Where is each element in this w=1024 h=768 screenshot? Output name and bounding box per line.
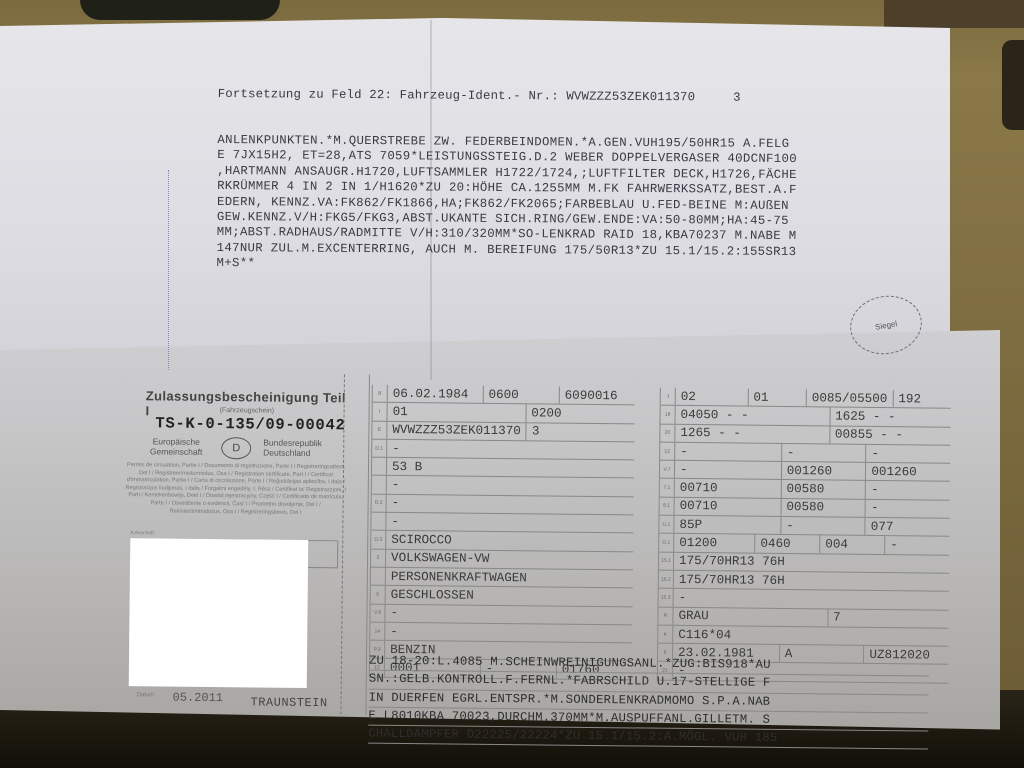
field-value: 0460 xyxy=(754,535,819,553)
field-value: - xyxy=(385,623,632,643)
issuing-city: TRAUNSTEIN xyxy=(250,695,327,710)
field-code: V.7 xyxy=(660,461,675,478)
field-code: D.2 xyxy=(372,494,387,511)
field-value: 0200 xyxy=(525,405,634,423)
field-code: 12 xyxy=(660,443,675,460)
field-value: - xyxy=(884,536,949,554)
field-code: D.3 xyxy=(371,531,386,548)
certificate-subtitle: (Fahrzeugschein) xyxy=(220,407,275,415)
remarks-section: ZU 18-20:L.4085 M.SCHEINWREINIGUNGSANL.*… xyxy=(368,653,929,750)
field-value: - xyxy=(675,461,781,479)
field-value: GESCHLOSSEN xyxy=(386,586,633,606)
card-edge-lines xyxy=(340,374,370,714)
field-value: 1625 - - xyxy=(829,408,951,427)
issue-date: 05.2011 xyxy=(173,691,224,706)
field-code: 2 xyxy=(371,549,386,566)
continuation-text: Fortsetzung zu Feld 22: Fahrzeug-Ident.-… xyxy=(216,56,858,292)
field-code: B xyxy=(373,385,388,402)
field-value: GRAU xyxy=(673,607,827,626)
field-code: 14 xyxy=(370,623,385,640)
field-code: 20 xyxy=(660,424,675,441)
field-value: 02 xyxy=(676,388,748,406)
field-value: 3 xyxy=(526,423,635,441)
field-value: 00580 xyxy=(780,480,865,498)
field-value: WVWZZZ53ZEK011370 xyxy=(387,421,526,440)
field-value: 1265 - - xyxy=(675,424,829,443)
field-value: 004 xyxy=(819,536,884,554)
field-value: - xyxy=(674,589,949,609)
field-value: - xyxy=(387,495,634,515)
field-value: 001260 xyxy=(865,463,950,481)
field-value: - xyxy=(675,443,781,461)
field-value: 0600 xyxy=(482,386,558,404)
field-value: - xyxy=(386,513,633,533)
field-value: 01200 xyxy=(674,534,754,552)
field-value: - xyxy=(387,476,634,496)
field-code: 15.3 xyxy=(659,589,674,606)
field-value: 077 xyxy=(865,518,950,536)
field-code: U.1 xyxy=(659,516,674,533)
stamp-text: Siegel xyxy=(874,319,897,332)
address-label: A Anschrift xyxy=(130,530,154,536)
field-value: 00710 xyxy=(675,498,781,516)
country-label: Bundesrepublik Deutschland xyxy=(263,438,349,459)
field-value: - xyxy=(865,445,950,463)
field-code xyxy=(372,476,387,493)
field-value: 00710 xyxy=(675,479,781,497)
field-code xyxy=(371,513,386,530)
field-value: 175/70HR13 76H xyxy=(674,571,949,591)
field-value: 0085/05500 xyxy=(806,389,893,407)
field-value: SCIROCCO xyxy=(386,531,633,551)
fields-right-column: J02010085/055001921804050 - -1625 - -201… xyxy=(657,388,951,684)
field-value: 175/70HR13 76H xyxy=(674,553,949,573)
field-grid: B06.02.198406006090016I010200EWVWZZZ53ZE… xyxy=(350,384,950,390)
eu-label: Europäische Gemeinschaft xyxy=(141,436,211,457)
field-value: - xyxy=(387,440,634,460)
field-value: - xyxy=(780,517,865,535)
field-value: 85P xyxy=(674,516,780,534)
background-object xyxy=(1002,40,1024,130)
field-value: VOLKSWAGEN-VW xyxy=(386,549,633,569)
field-code: 5 xyxy=(371,586,386,603)
field-code: I xyxy=(373,403,388,420)
vertical-print-margin xyxy=(168,170,175,370)
field-value: 001260 xyxy=(781,462,866,480)
field-value: - xyxy=(865,500,950,518)
continuation-header: Fortsetzung zu Feld 22: Fahrzeug-Ident.-… xyxy=(218,87,858,107)
field-value: - xyxy=(385,604,632,624)
field-code: 8.1 xyxy=(660,497,675,514)
field-code: K xyxy=(658,626,673,643)
field-value: PERSONENKRAFTWAGEN xyxy=(386,568,633,588)
certificate-header-panel: Zulassungsbescheinigung Teil I (Fahrzeug… xyxy=(114,372,350,714)
field-code: 7.1 xyxy=(660,479,675,496)
field-value: 192 xyxy=(892,390,951,408)
redacted-address xyxy=(129,538,309,688)
field-code: E xyxy=(372,421,387,438)
certificate-number: TS-K-0-135/09-00042 xyxy=(155,414,345,434)
field-code xyxy=(372,458,387,475)
field-value: 04050 - - xyxy=(675,406,829,425)
field-code: D.1 xyxy=(372,440,387,457)
field-value: 53 B xyxy=(387,458,634,478)
field-code: 15.2 xyxy=(659,571,674,588)
background-object xyxy=(884,0,1024,28)
field-value: - xyxy=(781,444,866,462)
field-value: 00580 xyxy=(780,499,865,517)
field-code: R xyxy=(658,607,673,624)
continuation-lines: ANLENKPUNKTEN.*M.QUERSTREBE ZW. FEDERBEI… xyxy=(216,133,857,276)
field-value: 06.02.1984 xyxy=(388,385,483,403)
field-code: O.1 xyxy=(659,534,674,551)
field-code: 15.1 xyxy=(659,552,674,569)
fields-left-column: B06.02.198406006090016I010200EWVWZZZ53ZE… xyxy=(369,385,635,680)
field-value: 7 xyxy=(827,609,949,628)
field-value: - xyxy=(865,481,950,499)
multilingual-notice: Permis de circulation, Partie I / Docume… xyxy=(125,462,348,517)
field-code: J xyxy=(661,388,676,405)
field-code: V.9 xyxy=(370,604,385,621)
country-code-oval: D xyxy=(221,437,251,459)
field-value: 6090016 xyxy=(559,387,635,405)
field-code: 18 xyxy=(660,406,675,423)
field-value: 01 xyxy=(388,403,526,422)
field-value: 01 xyxy=(747,389,806,407)
background-object xyxy=(80,0,280,20)
field-code xyxy=(371,568,386,585)
field-value: 00855 - - xyxy=(829,426,951,445)
field-value: C116*04 xyxy=(673,626,948,646)
registration-card: Zulassungsbescheinigung Teil I (Fahrzeug… xyxy=(114,372,958,741)
date-label: Datum xyxy=(137,692,155,698)
